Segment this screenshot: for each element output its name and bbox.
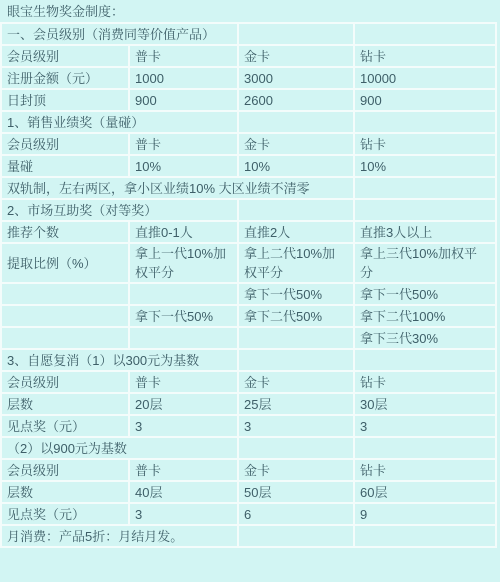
table-cell: 拿下一代50%: [354, 283, 496, 305]
table-cell: 钻卡: [354, 459, 496, 481]
table-cell: 10%: [354, 155, 496, 177]
table-cell: 10%: [238, 155, 354, 177]
table-cell: [1, 305, 129, 327]
table-cell: 见点奖（元）: [1, 503, 129, 525]
table-row: 1、销售业绩奖（量碰）: [1, 111, 496, 133]
table-cell: 直推2人: [238, 221, 354, 243]
table-cell: 1、销售业绩奖（量碰）: [1, 111, 238, 133]
table-cell: [238, 23, 354, 45]
table-row: 层数20层25层30层: [1, 393, 496, 415]
table-cell: [129, 327, 238, 349]
table-row: 一、会员级别（消费同等价值产品）: [1, 23, 496, 45]
table-cell: [354, 23, 496, 45]
table-cell: [354, 177, 496, 199]
table-row: 2、市场互助奖（对等奖）: [1, 199, 496, 221]
table-cell: 推荐个数: [1, 221, 129, 243]
table-cell: 一、会员级别（消费同等价值产品）: [1, 23, 238, 45]
table-row: 见点奖（元）333: [1, 415, 496, 437]
table-cell: 会员级别: [1, 371, 129, 393]
page-title: 眼宝生物奖金制度：: [0, 0, 500, 22]
table-cell: 层数: [1, 481, 129, 503]
table-cell: [1, 283, 129, 305]
table-cell: 50层: [238, 481, 354, 503]
table-row: 月消费：产品5折：月结月发。: [1, 525, 496, 547]
table-row: 提取比例（%）拿上一代10%加权平分拿上二代10%加权平分拿上三代10%加权平分: [1, 243, 496, 283]
table-row: 会员级别普卡金卡钻卡: [1, 133, 496, 155]
table-row: 拿下一代50%拿下二代50%拿下二代100%: [1, 305, 496, 327]
table-row: 会员级别普卡金卡钻卡: [1, 371, 496, 393]
table-cell: [354, 525, 496, 547]
bonus-table: 一、会员级别（消费同等价值产品）会员级别普卡金卡钻卡注册金额（元）1000300…: [0, 22, 497, 548]
table-cell: 见点奖（元）: [1, 415, 129, 437]
table-row: 拿下三代30%: [1, 327, 496, 349]
table-row: （2）以900元为基数: [1, 437, 496, 459]
table-cell: [238, 199, 354, 221]
table-cell: 日封顶: [1, 89, 129, 111]
table-cell: 900: [354, 89, 496, 111]
table-row: 3、自愿复消（1）以300元为基数: [1, 349, 496, 371]
table-cell: 普卡: [129, 459, 238, 481]
table-cell: 3000: [238, 67, 354, 89]
table-cell: 2、市场互助奖（对等奖）: [1, 199, 238, 221]
table-cell: 拿上三代10%加权平分: [354, 243, 496, 283]
bonus-table-body: 一、会员级别（消费同等价值产品）会员级别普卡金卡钻卡注册金额（元）1000300…: [1, 23, 496, 547]
table-cell: 金卡: [238, 459, 354, 481]
table-cell: 量碰: [1, 155, 129, 177]
table-cell: 钻卡: [354, 133, 496, 155]
table-cell: 普卡: [129, 371, 238, 393]
table-cell: 3: [129, 503, 238, 525]
table-cell: 9: [354, 503, 496, 525]
table-cell: 会员级别: [1, 133, 129, 155]
table-cell: 金卡: [238, 371, 354, 393]
table-cell: 会员级别: [1, 45, 129, 67]
table-cell: 钻卡: [354, 45, 496, 67]
table-row: 双轨制，左右两区，拿小区业绩10% 大区业绩不清零: [1, 177, 496, 199]
table-cell: 10000: [354, 67, 496, 89]
table-cell: 1000: [129, 67, 238, 89]
table-cell: [238, 349, 354, 371]
table-cell: 月消费：产品5折：月结月发。: [1, 525, 238, 547]
table-cell: 3: [238, 415, 354, 437]
table-cell: 拿下一代50%: [129, 305, 238, 327]
table-row: 层数40层50层60层: [1, 481, 496, 503]
table-cell: [1, 327, 129, 349]
table-row: 量碰10%10%10%: [1, 155, 496, 177]
table-cell: 25层: [238, 393, 354, 415]
table-row: 日封顶9002600900: [1, 89, 496, 111]
table-cell: 双轨制，左右两区，拿小区业绩10% 大区业绩不清零: [1, 177, 354, 199]
table-cell: 提取比例（%）: [1, 243, 129, 283]
table-cell: 拿下三代30%: [354, 327, 496, 349]
table-cell: 60层: [354, 481, 496, 503]
table-cell: 3: [354, 415, 496, 437]
table-row: 拿下一代50%拿下一代50%: [1, 283, 496, 305]
table-cell: 拿下一代50%: [238, 283, 354, 305]
table-cell: 直推0-1人: [129, 221, 238, 243]
table-cell: 20层: [129, 393, 238, 415]
table-cell: [238, 437, 354, 459]
table-cell: 普卡: [129, 45, 238, 67]
table-cell: [129, 283, 238, 305]
table-cell: 拿下二代100%: [354, 305, 496, 327]
table-cell: 直推3人以上: [354, 221, 496, 243]
table-cell: 金卡: [238, 45, 354, 67]
table-cell: 3: [129, 415, 238, 437]
table-cell: [354, 437, 496, 459]
table-cell: [354, 111, 496, 133]
table-cell: 金卡: [238, 133, 354, 155]
table-row: 会员级别普卡金卡钻卡: [1, 459, 496, 481]
table-row: 注册金额（元）1000300010000: [1, 67, 496, 89]
table-cell: 会员级别: [1, 459, 129, 481]
table-cell: 2600: [238, 89, 354, 111]
table-row: 推荐个数直推0-1人直推2人直推3人以上: [1, 221, 496, 243]
table-row: 会员级别普卡金卡钻卡: [1, 45, 496, 67]
table-cell: 30层: [354, 393, 496, 415]
table-row: 见点奖（元）369: [1, 503, 496, 525]
table-cell: 普卡: [129, 133, 238, 155]
table-cell: [238, 525, 354, 547]
table-cell: [354, 349, 496, 371]
table-cell: 40层: [129, 481, 238, 503]
page: { "page": { "title": "眼宝生物奖金制度：", "backg…: [0, 0, 500, 582]
table-cell: [238, 111, 354, 133]
table-cell: 拿上一代10%加权平分: [129, 243, 238, 283]
table-cell: 钻卡: [354, 371, 496, 393]
table-cell: 注册金额（元）: [1, 67, 129, 89]
table-cell: 900: [129, 89, 238, 111]
table-cell: 拿上二代10%加权平分: [238, 243, 354, 283]
table-cell: 拿下二代50%: [238, 305, 354, 327]
table-cell: [354, 199, 496, 221]
table-cell: 层数: [1, 393, 129, 415]
table-cell: 10%: [129, 155, 238, 177]
table-cell: （2）以900元为基数: [1, 437, 238, 459]
table-cell: 3、自愿复消（1）以300元为基数: [1, 349, 238, 371]
table-cell: [238, 327, 354, 349]
table-cell: 6: [238, 503, 354, 525]
